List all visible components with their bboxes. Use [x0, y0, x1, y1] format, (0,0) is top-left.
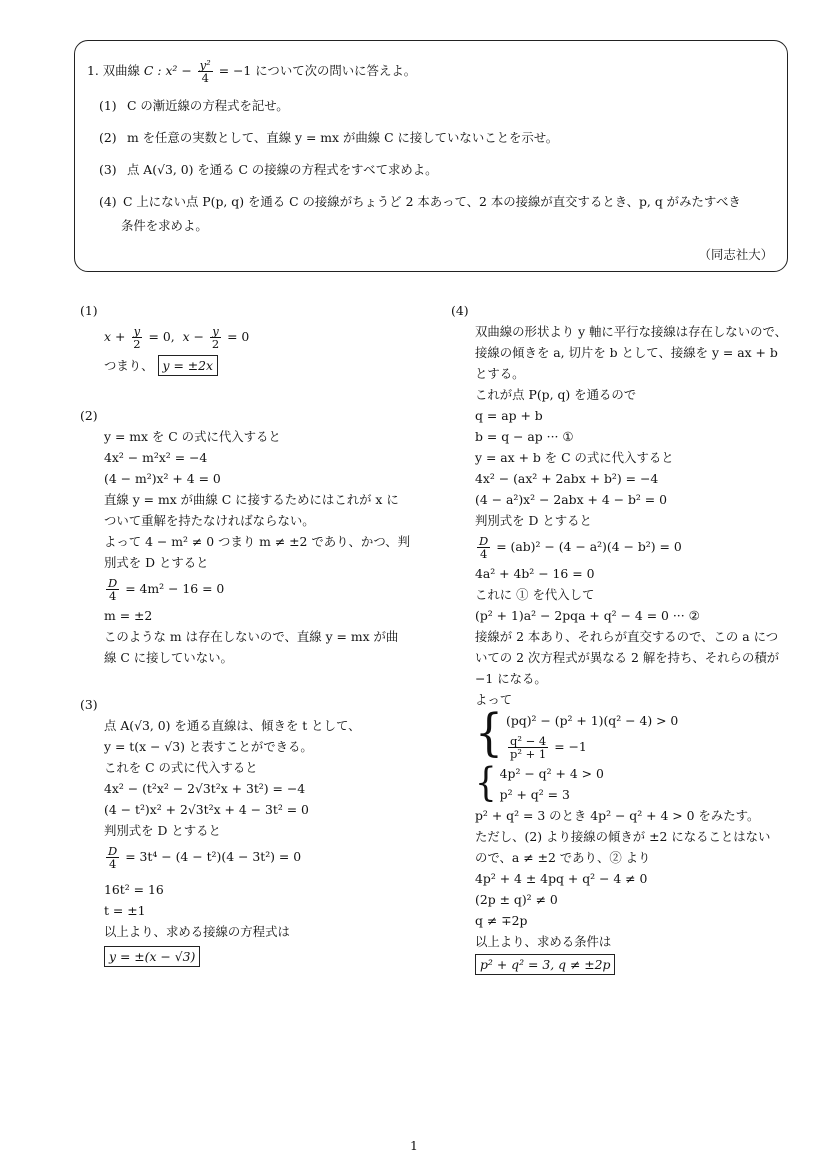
- line: 直線 y = mx が曲線 C に接するためにはこれが x に: [104, 489, 410, 510]
- line: (4 − a²)x² − 2abx + 4 − b² = 0: [475, 489, 787, 510]
- line: y = t(x − √3) と表すことができる。: [104, 736, 410, 757]
- line: 4x² − (t²x² − 2√3t²x + 3t²) = −4: [104, 778, 410, 799]
- answer-line: y = ±(x − √3): [104, 942, 410, 972]
- subq-text-cont: 条件を求めよ。: [99, 216, 769, 234]
- equation-left: C : x² −: [144, 63, 192, 78]
- line: ただし、(2) より接線の傾きが ±2 になることはない: [475, 826, 787, 847]
- line: y = mx を C の式に代入すると: [104, 426, 410, 447]
- source-attribution: （同志社大）: [699, 245, 773, 263]
- line: これを C の式に代入すると: [104, 757, 410, 778]
- solution-4: (4) 双曲線の形状より y 軸に平行な接線は存在しないので、 接線の傾きを a…: [451, 300, 787, 978]
- line: = 4m² − 16 = 0: [125, 581, 224, 596]
- frac-den: 4: [200, 72, 211, 84]
- subq-num: (1): [99, 98, 123, 113]
- line: 判別式を D とすると: [475, 510, 787, 531]
- subq-text: C 上にない点 P(p, q) を通る C の接線がちょうど 2 本あって、2 …: [123, 194, 741, 209]
- answer-box: p² + q² = 3, q ≠ ±2p: [475, 954, 615, 975]
- line: m = ±2: [104, 605, 410, 626]
- text: つまり、: [104, 358, 154, 373]
- line: よって 4 − m² ≠ 0 つまり m ≠ ±2 であり、かつ、判: [104, 531, 410, 552]
- line: −1 になる。: [475, 668, 787, 689]
- line: (2p ± q)² ≠ 0: [475, 889, 787, 910]
- section-label: (4): [451, 300, 787, 321]
- line: q = ap + b: [475, 405, 787, 426]
- line: = −1: [554, 739, 587, 754]
- subq-num: (3): [99, 162, 123, 177]
- subq-text: 点 A(√3, 0) を通る C の接線の方程式をすべて求めよ。: [127, 162, 438, 177]
- line: いての 2 次方程式が異なる 2 解を持ち、それらの積が: [475, 647, 787, 668]
- ratio-line: q² − 4p² + 1 = −1: [506, 731, 678, 763]
- equation-right: = −1: [219, 63, 252, 78]
- line: よって: [475, 689, 787, 710]
- solution-right-column: (4) 双曲線の形状より y 軸に平行な接線は存在しないので、 接線の傾きを a…: [451, 300, 787, 978]
- line: このような m は存在しないので、直線 y = mx が曲: [104, 626, 410, 647]
- line: (p² + 1)a² − 2pqa + q² − 4 = 0 ··· ②: [475, 605, 787, 626]
- subquestion-4: (4)C 上にない点 P(p, q) を通る C の接線がちょうど 2 本あって…: [99, 192, 769, 234]
- line: q ≠ ∓2p: [475, 910, 787, 931]
- section-label: (2): [80, 405, 410, 426]
- statement-post: について次の問いに答えよ。: [255, 63, 416, 78]
- subquestion-2: (2) m を任意の実数として、直線 y = mx が曲線 C に接していないこ…: [99, 128, 558, 146]
- line: 接線が 2 本あり、それらが直交するので、この a につ: [475, 626, 787, 647]
- subq-text: m を任意の実数として、直線 y = mx が曲線 C に接していないことを示せ…: [127, 130, 558, 145]
- answer-box: y = ±2x: [158, 355, 219, 376]
- line: = (ab)² − (4 − a²)(4 − b²) = 0: [496, 539, 682, 554]
- line: = 3t⁴ − (4 − t²)(4 − 3t²) = 0: [125, 849, 301, 864]
- line: p² + q² = 3: [500, 784, 604, 805]
- subquestion-3: (3) 点 A(√3, 0) を通る C の接線の方程式をすべて求めよ。: [99, 160, 438, 178]
- left-brace-icon: {: [475, 706, 503, 767]
- line: ついて重解を持たなければならない。: [104, 510, 410, 531]
- problem-statement: 1. 双曲線 C : x² − y²4 = −1 について次の問いに答えよ。: [87, 59, 416, 84]
- line: これが点 P(p, q) を通るので: [475, 384, 787, 405]
- answer-line: p² + q² = 3, q ≠ ±2p: [475, 952, 787, 978]
- line: 4x² − (ax² + 2abx + b²) = −4: [475, 468, 787, 489]
- frac-den: 4: [107, 590, 118, 602]
- subq-text: C の漸近線の方程式を記せ。: [127, 98, 289, 113]
- line: b = q − ap ··· ①: [475, 426, 787, 447]
- fraction: y²4: [198, 59, 213, 84]
- page-number: 1: [410, 1138, 418, 1153]
- asymptote-equations: x + y2 = 0, x − y2 = 0: [104, 321, 410, 353]
- line: 4p² + 4 ± 4pq + q² − 4 ≠ 0: [475, 868, 787, 889]
- answer-line: つまり、 y = ±2x: [104, 353, 410, 379]
- line: ので、a ≠ ±2 であり、② より: [475, 847, 787, 868]
- discriminant-line: D4 = (ab)² − (4 − a²)(4 − b²) = 0: [475, 531, 787, 563]
- frac-den: 4: [478, 548, 489, 560]
- line: (4 − m²)x² + 4 = 0: [104, 468, 410, 489]
- frac-den: p² + 1: [508, 748, 548, 760]
- line: y = ax + b を C の式に代入すると: [475, 447, 787, 468]
- line: これに ① を代入して: [475, 584, 787, 605]
- solution-left-column: (1) x + y2 = 0, x − y2 = 0 つまり、 y = ±2x …: [80, 300, 410, 972]
- line: 双曲線の形状より y 軸に平行な接線は存在しないので、: [475, 321, 787, 342]
- solution-3: (3) 点 A(√3, 0) を通る直線は、傾きを t として、 y = t(x…: [80, 694, 410, 972]
- line: 4p² − q² + 4 > 0: [500, 763, 604, 784]
- subquestion-1: (1) C の漸近線の方程式を記せ。: [99, 96, 289, 114]
- inequality-system-2: { 4p² − q² + 4 > 0 p² + q² = 3: [475, 763, 787, 805]
- answer: p² + q² = 3, q ≠ ±2p: [480, 957, 610, 972]
- left-brace-icon: {: [475, 760, 497, 808]
- line: 別式を D とすると: [104, 552, 410, 573]
- discriminant-line: D4 = 4m² − 16 = 0: [104, 573, 410, 605]
- frac-den: 4: [107, 858, 118, 870]
- answer: y = ±2x: [163, 358, 214, 373]
- solution-2: (2) y = mx を C の式に代入すると 4x² − m²x² = −4 …: [80, 405, 410, 668]
- line: 点 A(√3, 0) を通る直線は、傾きを t として、: [104, 715, 410, 736]
- line: p² + q² = 3 のとき 4p² − q² + 4 > 0 をみたす。: [475, 805, 787, 826]
- subq-num: (4): [99, 194, 123, 209]
- line: t = ±1: [104, 900, 410, 921]
- line: 接線の傾きを a, 切片を b として、接線を y = ax + b: [475, 342, 787, 363]
- solution-1: (1) x + y2 = 0, x − y2 = 0 つまり、 y = ±2x: [80, 300, 410, 379]
- line: 以上より、求める条件は: [475, 931, 787, 952]
- line: 以上より、求める接線の方程式は: [104, 921, 410, 942]
- answer: y = ±(x − √3): [109, 949, 195, 964]
- section-label: (3): [80, 694, 410, 715]
- problem-box: 1. 双曲線 C : x² − y²4 = −1 について次の問いに答えよ。 (…: [74, 40, 788, 272]
- statement-pre: 双曲線: [103, 63, 140, 78]
- line: 16t² = 16: [104, 879, 410, 900]
- line: とする。: [475, 363, 787, 384]
- problem-number: 1.: [87, 63, 99, 78]
- line: (pq)² − (p² + 1)(q² − 4) > 0: [506, 710, 678, 731]
- line: 線 C に接していない。: [104, 647, 410, 668]
- line: (4 − t²)x² + 2√3t²x + 4 − 3t² = 0: [104, 799, 410, 820]
- line: 4x² − m²x² = −4: [104, 447, 410, 468]
- line: 判別式を D とすると: [104, 820, 410, 841]
- discriminant-line: D4 = 3t⁴ − (4 − t²)(4 − 3t²) = 0: [104, 841, 410, 873]
- subq-num: (2): [99, 130, 123, 145]
- answer-box: y = ±(x − √3): [104, 946, 200, 967]
- inequality-system-1: { (pq)² − (p² + 1)(q² − 4) > 0 q² − 4p² …: [475, 710, 787, 763]
- section-label: (1): [80, 300, 410, 321]
- line: 4a² + 4b² − 16 = 0: [475, 563, 787, 584]
